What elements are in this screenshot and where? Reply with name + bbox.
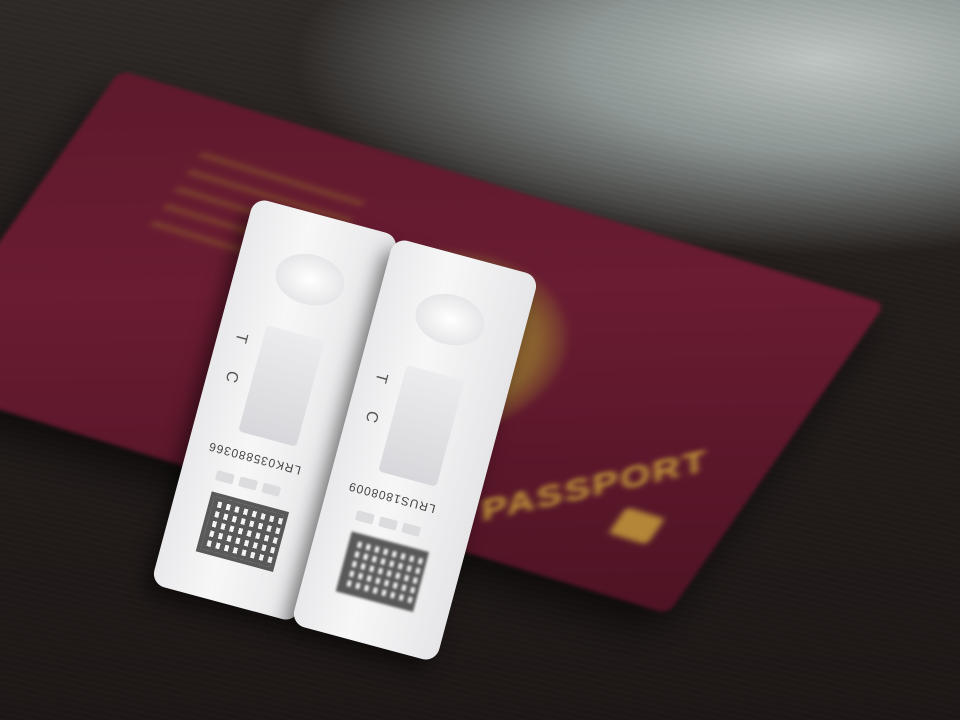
result-window xyxy=(238,325,324,447)
test-line-mark: T xyxy=(230,331,250,345)
sample-well xyxy=(410,286,491,352)
test-line-mark: T xyxy=(370,371,390,385)
photo-scene: PASSPORT T C LRK035880366 T C LRUS180800… xyxy=(0,0,960,720)
qr-code-icon xyxy=(196,491,289,572)
sample-well xyxy=(270,246,351,312)
qr-code-icon xyxy=(336,531,429,612)
passport-label: PASSPORT xyxy=(481,444,710,529)
control-line-mark: C xyxy=(361,409,381,425)
result-window xyxy=(378,365,464,487)
biometric-chip-icon xyxy=(608,507,664,545)
control-line-mark: C xyxy=(221,369,241,385)
